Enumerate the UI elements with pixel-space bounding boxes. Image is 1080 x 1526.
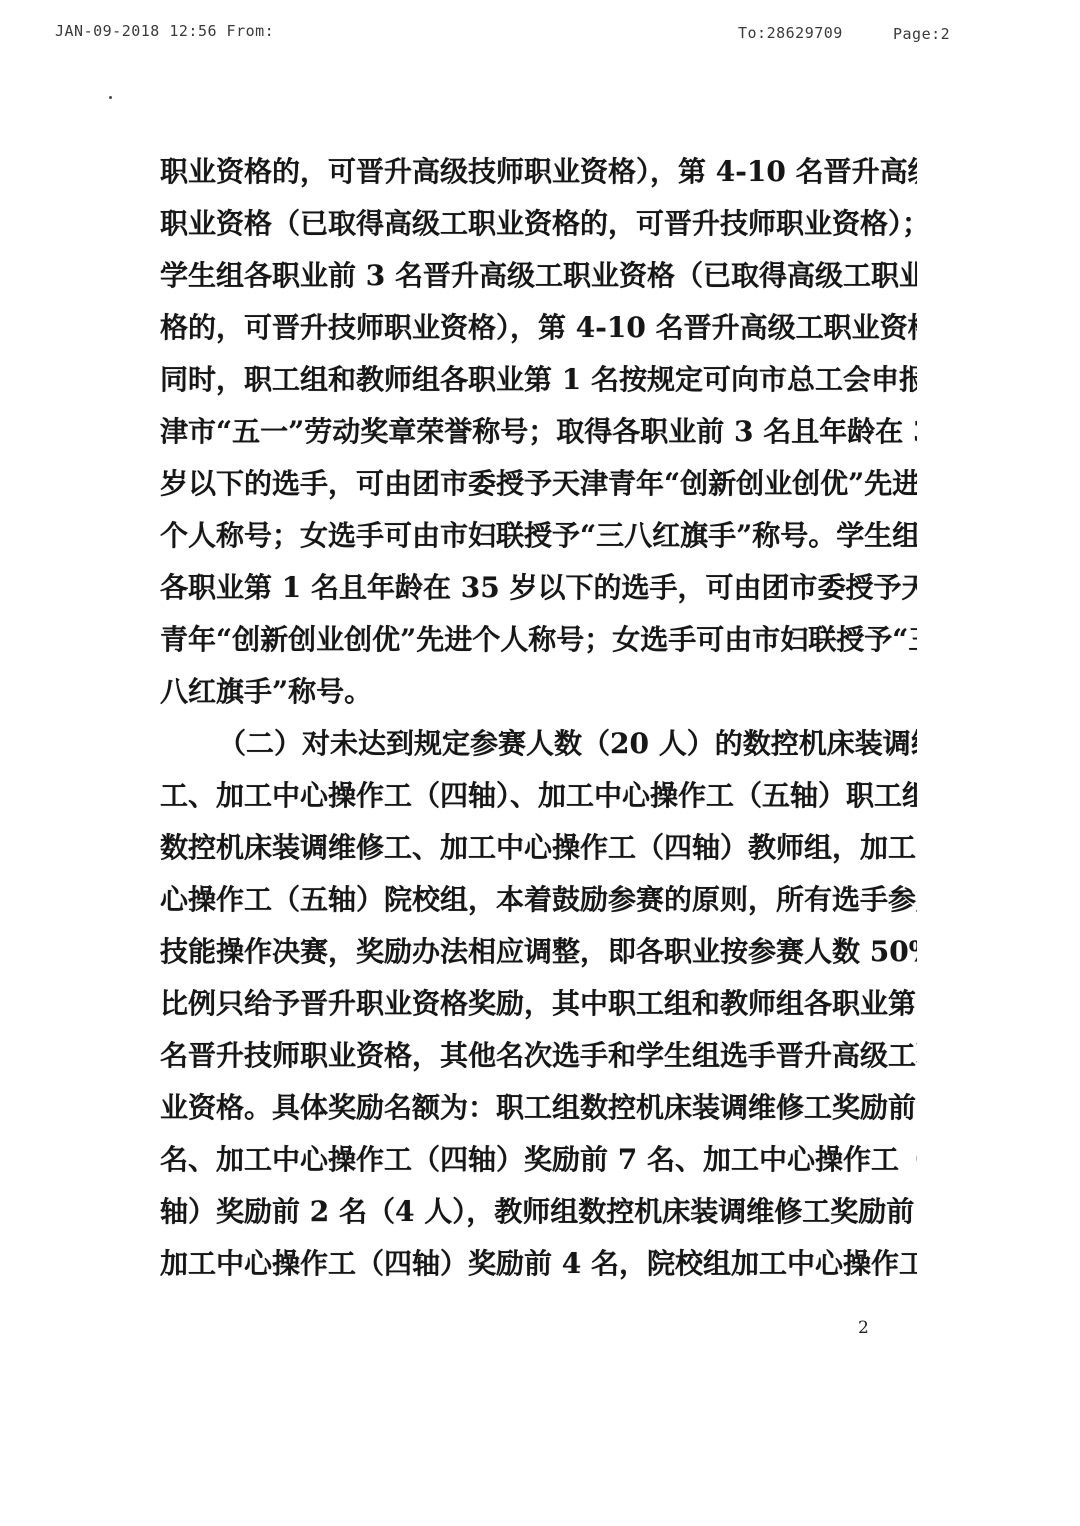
text-line: 技能操作决赛，奖励办法相应调整，即各职业按参赛人数 50%的	[160, 926, 917, 978]
text-line: 格的，可晋升技师职业资格），第 4-10 名晋升高级工职业资格。	[160, 302, 917, 354]
text-line: 八红旗手”称号。	[160, 666, 917, 718]
text-line: 岁以下的选手，可由团市委授予天津青年“创新创业创优”先进	[160, 458, 917, 510]
text-line: 业资格。具体奖励名额为：职工组数控机床装调维修工奖励前 4	[160, 1082, 917, 1134]
text-line: 轴）奖励前 2 名（4 人），教师组数控机床装调维修工奖励前 6 名、	[160, 1186, 917, 1238]
fax-datetime-from: JAN-09-2018 12:56 From:	[55, 22, 274, 40]
text-line: 职业资格（已取得高级工职业资格的，可晋升技师职业资格）；	[160, 198, 917, 250]
scanned-fax-page: JAN-09-2018 12:56 From: To:28629709 Page…	[0, 0, 1080, 1526]
fax-header: JAN-09-2018 12:56 From: To:28629709 Page…	[0, 20, 1080, 44]
text-line: 工、加工中心操作工（四轴）、加工中心操作工（五轴）职工组，	[160, 770, 917, 822]
text-line: 名晋升技师职业资格，其他名次选手和学生组选手晋升高级工职	[160, 1030, 917, 1082]
text-line: 职业资格的，可晋升高级技师职业资格），第 4-10 名晋升高级工	[160, 146, 917, 198]
text-line: 津市“五一”劳动奖章荣誉称号；取得各职业前 3 名且年龄在 35	[160, 406, 917, 458]
text-line: 数控机床装调维修工、加工中心操作工（四轴）教师组，加工中	[160, 822, 917, 874]
scan-speck	[109, 96, 112, 99]
text-line: 个人称号；女选手可由市妇联授予“三八红旗手”称号。学生组	[160, 510, 917, 562]
text-line: 学生组各职业前 3 名晋升高级工职业资格（已取得高级工职业资	[160, 250, 917, 302]
text-line: 青年“创新创业创优”先进个人称号；女选手可由市妇联授予“三	[160, 614, 917, 666]
document-body: 职业资格的，可晋升高级技师职业资格），第 4-10 名晋升高级工 职业资格（已取…	[160, 146, 917, 1290]
page-number: 2	[858, 1318, 869, 1338]
text-line: 同时，职工组和教师组各职业第 1 名按规定可向市总工会申报天	[160, 354, 917, 406]
text-line: 加工中心操作工（四轴）奖励前 4 名，院校组加工中心操作工（五	[160, 1238, 917, 1290]
text-line: 心操作工（五轴）院校组，本着鼓励参赛的原则，所有选手参加	[160, 874, 917, 926]
fax-page-indicator: Page:2	[893, 25, 950, 43]
text-line: 各职业第 1 名且年龄在 35 岁以下的选手，可由团市委授予天津	[160, 562, 917, 614]
text-line: 比例只给予晋升职业资格奖励，其中职工组和教师组各职业第 1	[160, 978, 917, 1030]
text-line: （二）对未达到规定参赛人数（20 人）的数控机床装调维修	[160, 718, 917, 770]
fax-to-number: To:28629709	[738, 24, 843, 42]
text-line: 名、加工中心操作工（四轴）奖励前 7 名、加工中心操作工（五	[160, 1134, 917, 1186]
